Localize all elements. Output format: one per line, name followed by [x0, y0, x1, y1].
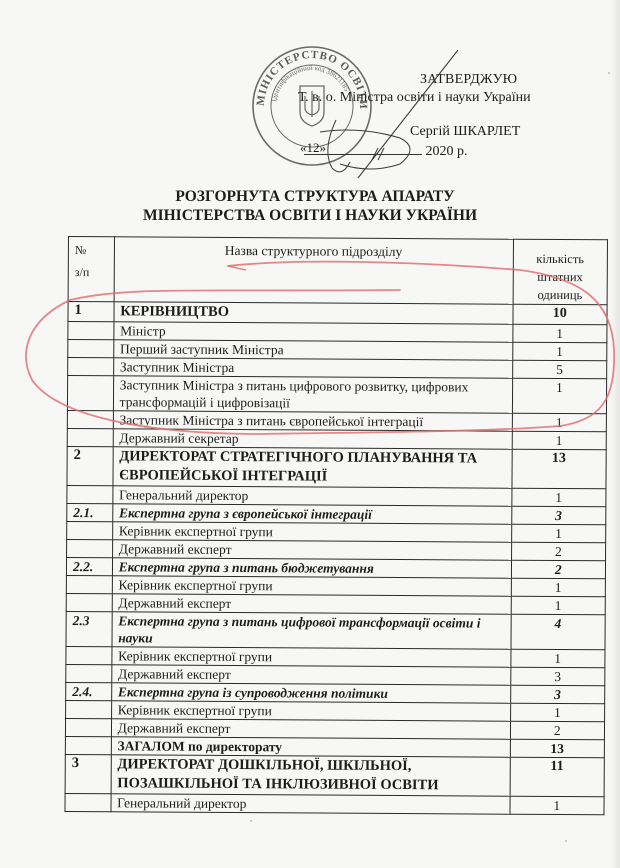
- approval-year: 2020 р.: [426, 144, 468, 159]
- cell-no: 2.1.: [67, 503, 113, 521]
- paper-speck: [565, 840, 567, 842]
- table-row: Заступник Міністра з питань цифрового ро…: [67, 376, 606, 414]
- cell-count: 10: [513, 304, 608, 325]
- table-row-expert-group: 2.3Експертна група з питань цифрової тра…: [66, 611, 605, 649]
- cell-name: Генеральний директор: [111, 794, 510, 814]
- approval-role: Т. в. о. Міністра освіти і науки України: [298, 90, 531, 106]
- cell-name: Державний експерт: [111, 665, 510, 685]
- cell-count: 2: [511, 542, 606, 561]
- cell-name: Керівник експертної групи: [112, 576, 511, 596]
- cell-name: Заступник Міністра: [113, 358, 512, 378]
- cell-no: [66, 575, 112, 593]
- cell-no: 2: [67, 446, 113, 485]
- table-row-directorate: 1КЕРІВНИЦТВО10: [68, 302, 607, 325]
- cell-no: [66, 700, 112, 718]
- cell-no: [67, 485, 113, 503]
- cell-name: Державний секретар: [113, 429, 512, 449]
- cell-name: Заступник Міністра з питань цифрового ро…: [113, 376, 512, 413]
- approval-block: МІНІСТЕРСТВО ОСВІТИ І НАУКИ УКРАЇНИ Іден…: [0, 0, 620, 180]
- cell-no: [67, 539, 113, 557]
- cell-name: Керівник експертної групи: [112, 647, 511, 667]
- cell-count: 2: [511, 560, 606, 579]
- cell-name: ДИРЕКТОРАТ СТРАТЕГІЧНОГО ПЛАНУВАННЯ ТА Є…: [113, 447, 512, 488]
- cell-no: [66, 593, 112, 611]
- cell-count: 1: [510, 703, 605, 722]
- header-number: №з/п: [68, 237, 114, 302]
- cell-name: Міністр: [114, 322, 513, 342]
- cell-name: Експертна група з питань бюджетування: [112, 558, 511, 578]
- approver-name: Сергій ШКАРЛЕТ: [410, 124, 520, 140]
- cell-count: 4: [511, 614, 606, 650]
- cell-no: [67, 428, 113, 446]
- cell-name: ЗАГАЛОМ по директорату: [111, 737, 510, 757]
- cell-name: КЕРІВНИЦТВО: [114, 302, 513, 324]
- paper-speck: [250, 820, 252, 822]
- cell-name: Керівник експертної групи: [112, 522, 511, 542]
- cell-no: 2.3: [66, 611, 112, 646]
- header-staff-count: кількістьштатниходиниць: [513, 239, 608, 305]
- cell-count: 1: [512, 378, 607, 414]
- cell-no: [66, 664, 112, 682]
- cell-no: 2.2.: [66, 557, 112, 575]
- cell-no: [65, 793, 111, 811]
- structure-table: №з/п Назва структурного підрозділу кільк…: [64, 236, 608, 815]
- cell-no: [68, 340, 114, 358]
- document-title-line-1: РОЗГОРНУТА СТРУКТУРА АПАРАТУ: [0, 187, 620, 206]
- cell-name: Експертна група з європейської інтеграці…: [112, 504, 511, 524]
- cell-count: 1: [510, 649, 605, 668]
- approval-date: 2020 р.: [294, 142, 544, 160]
- cell-count: 1: [511, 596, 606, 615]
- cell-name: Експертна група із супроводження політик…: [111, 683, 510, 703]
- cell-no: [67, 521, 113, 539]
- cell-count: 1: [511, 524, 606, 543]
- header-unit-name: Назва структурного підрозділу: [114, 237, 513, 304]
- cell-no: [66, 646, 112, 664]
- document-title-line-2: МІНІСТЕРСТВА ОСВІТИ І НАУКИ УКРАЇНИ: [0, 206, 620, 225]
- cell-count: 3: [510, 685, 605, 704]
- cell-no: [67, 376, 113, 411]
- cell-count: 13: [512, 449, 607, 489]
- cell-no: 3: [65, 754, 111, 793]
- cell-count: 1: [512, 431, 607, 450]
- cell-count: 5: [512, 360, 607, 379]
- cell-count: 1: [511, 488, 606, 507]
- cell-name: ДИРЕКТОРАТ ДОШКІЛЬНОЇ, ШКІЛЬНОЇ, ПОЗАШКІ…: [111, 755, 510, 796]
- table-row: Генеральний директор1: [65, 793, 604, 814]
- cell-name: Експертна група з питань цифрової трансф…: [112, 612, 511, 649]
- cell-name: Перший заступник Міністра: [113, 340, 512, 360]
- table-header-row: №з/п Назва структурного підрозділу кільк…: [68, 237, 607, 305]
- cell-count: 13: [510, 739, 605, 758]
- cell-name: Керівник експертної групи: [111, 701, 510, 721]
- cell-name: Генеральний директор: [113, 486, 512, 506]
- table-row-directorate: 2ДИРЕКТОРАТ СТРАТЕГІЧНОГО ПЛАНУВАННЯ ТА …: [67, 446, 606, 488]
- cell-count: 3: [510, 667, 605, 686]
- approval-title: ЗАТВЕРДЖУЮ: [420, 72, 517, 88]
- cell-no: [65, 736, 111, 754]
- cell-no: [67, 410, 113, 428]
- cell-name: Заступник Міністра з питань європейської…: [113, 411, 512, 431]
- cell-no: [68, 322, 114, 340]
- cell-count: 1: [511, 578, 606, 597]
- cell-count: 1: [512, 413, 607, 432]
- cell-count: 11: [510, 757, 605, 797]
- cell-no: 2.4.: [66, 682, 112, 700]
- paper-speck: [608, 72, 610, 74]
- document-title: РОЗГОРНУТА СТРУКТУРА АПАРАТУ МІНІСТЕРСТВ…: [0, 187, 620, 225]
- cell-no: 1: [68, 302, 114, 322]
- cell-name: Державний експерт: [112, 540, 511, 560]
- cell-name: Державний експерт: [111, 719, 510, 739]
- cell-count: 2: [510, 721, 605, 740]
- cell-count: 3: [511, 506, 606, 525]
- cell-count: 1: [510, 796, 605, 815]
- table-row-directorate: 3ДИРЕКТОРАТ ДОШКІЛЬНОЇ, ШКІЛЬНОЇ, ПОЗАШК…: [65, 754, 604, 796]
- cell-count: 1: [512, 324, 607, 343]
- cell-count: 1: [512, 342, 607, 361]
- cell-name: Державний експерт: [112, 594, 511, 614]
- cell-no: [68, 358, 114, 376]
- cell-no: [65, 718, 111, 736]
